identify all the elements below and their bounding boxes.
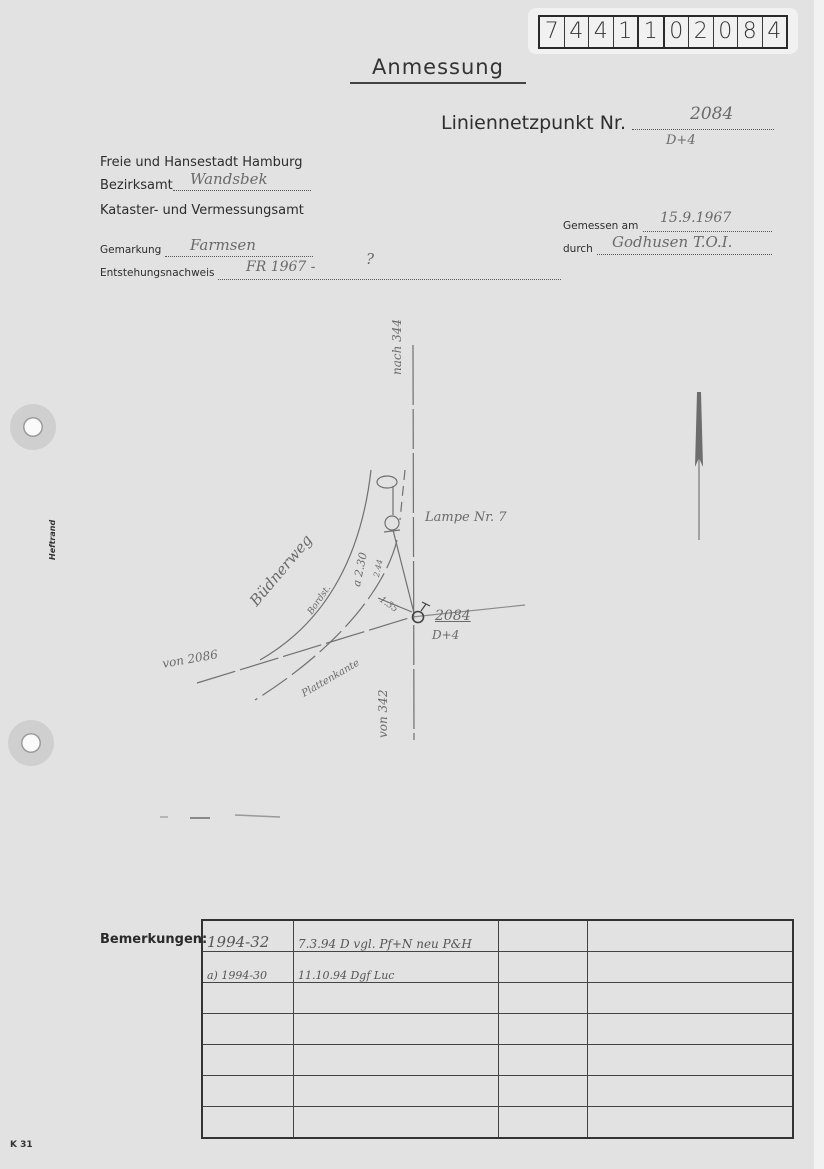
remarks-cell [499,1107,588,1139]
file-number-digit: 0 [665,17,690,47]
liniennetzpunkt-label: Liniennetzpunkt Nr. [441,112,626,134]
punch-hole-icon [8,720,54,766]
document-title: Anmessung [350,55,526,84]
file-number-digit: 4 [589,17,614,47]
remarks-cell [294,983,499,1014]
file-number-digit: 4 [565,17,590,47]
table-row [202,983,793,1014]
remarks-cell [499,1045,588,1076]
remarks-cell [499,1014,588,1045]
remarks-cell [202,983,294,1014]
sketch-point-sub: D+4 [432,628,459,642]
remarks-cell: a) 1994-30 [202,952,294,983]
page-edge [814,0,824,1169]
remarks-cell: 11.10.94 Dgf Luc [294,952,499,983]
remarks-cell [588,1107,794,1139]
durch-field-line [597,254,772,255]
remarks-cell [202,1107,294,1139]
file-number-digit: 1 [639,17,665,47]
sketch-point-number: 2084 [435,608,471,624]
liniennetzpunkt-number: 2084 [690,104,733,124]
bezirksamt-label: Bezirksamt [100,178,173,193]
remarks-cell [588,1045,794,1076]
gemarkung-field-line [165,256,313,257]
table-row [202,1014,793,1045]
remarks-cell [499,1076,588,1107]
remarks-cell: 7.3.94 D vgl. Pf+N neu P&H [294,920,499,952]
gemarkung-label: Gemarkung [100,244,161,256]
remarks-cell [588,983,794,1014]
remarks-cell [588,1014,794,1045]
durch-value: Godhusen T.O.I. [612,233,732,251]
table-row [202,1076,793,1107]
remarks-label: Bemerkungen: [100,932,207,947]
remarks-cell [499,952,588,983]
table-row: 1994-32 7.3.94 D vgl. Pf+N neu P&H [202,920,793,952]
file-number-digit: 4 [763,17,787,47]
file-number-digit: 2 [689,17,714,47]
remarks-cell [588,920,794,952]
file-number-digit: 7 [540,17,565,47]
gemessen-label: Gemessen am [563,220,638,232]
file-number-box: 7 4 4 1 1 0 2 0 8 4 [538,15,788,49]
liniennetzpunkt-field-line [632,129,774,130]
bezirksamt-value: Wandsbek [190,170,268,188]
entstehung-note: ? [366,250,374,268]
authority-label: Freie und Hansestadt Hamburg [100,155,303,170]
sketch-label-von-south: von 342 [376,690,390,738]
remarks-cell [294,1076,499,1107]
punch-hole-icon [10,404,56,450]
table-row: a) 1994-30 11.10.94 Dgf Luc [202,952,793,983]
remarks-cell [202,1076,294,1107]
file-number-digit: 8 [738,17,763,47]
bezirksamt-field-line [173,190,311,191]
file-number-digit: 1 [614,17,640,47]
table-row [202,1107,793,1139]
remarks-cell [588,1076,794,1107]
sketch-label-nach: nach 344 [390,319,404,375]
office-label: Kataster- und Vermessungsamt [100,203,304,218]
remarks-cell [294,1014,499,1045]
form-code: K 31 [10,1140,33,1150]
remarks-cell [499,920,588,952]
remarks-cell [202,1014,294,1045]
entstehung-label: Entstehungsnachweis [100,267,215,279]
remarks-cell [588,952,794,983]
table-row [202,1045,793,1076]
remarks-table: 1994-32 7.3.94 D vgl. Pf+N neu P&H a) 19… [201,919,794,1139]
file-number-digit: 0 [714,17,739,47]
liniennetzpunkt-sub: D+4 [666,133,696,148]
remarks-cell [294,1107,499,1139]
heftrand-label: Heftrand [48,520,57,560]
gemarkung-value: Farmsen [190,236,256,254]
remarks-cell [202,1045,294,1076]
remarks-cell: 1994-32 [202,920,294,952]
gemessen-value: 15.9.1967 [660,210,731,226]
remarks-cell [499,983,588,1014]
gemessen-field-line [643,231,772,232]
remarks-cell [294,1045,499,1076]
sketch-label-lamp: Lampe Nr. 7 [425,510,507,525]
durch-label: durch [563,243,593,255]
entstehung-value: FR 1967 - [246,259,316,275]
entstehung-field-line [218,279,561,280]
